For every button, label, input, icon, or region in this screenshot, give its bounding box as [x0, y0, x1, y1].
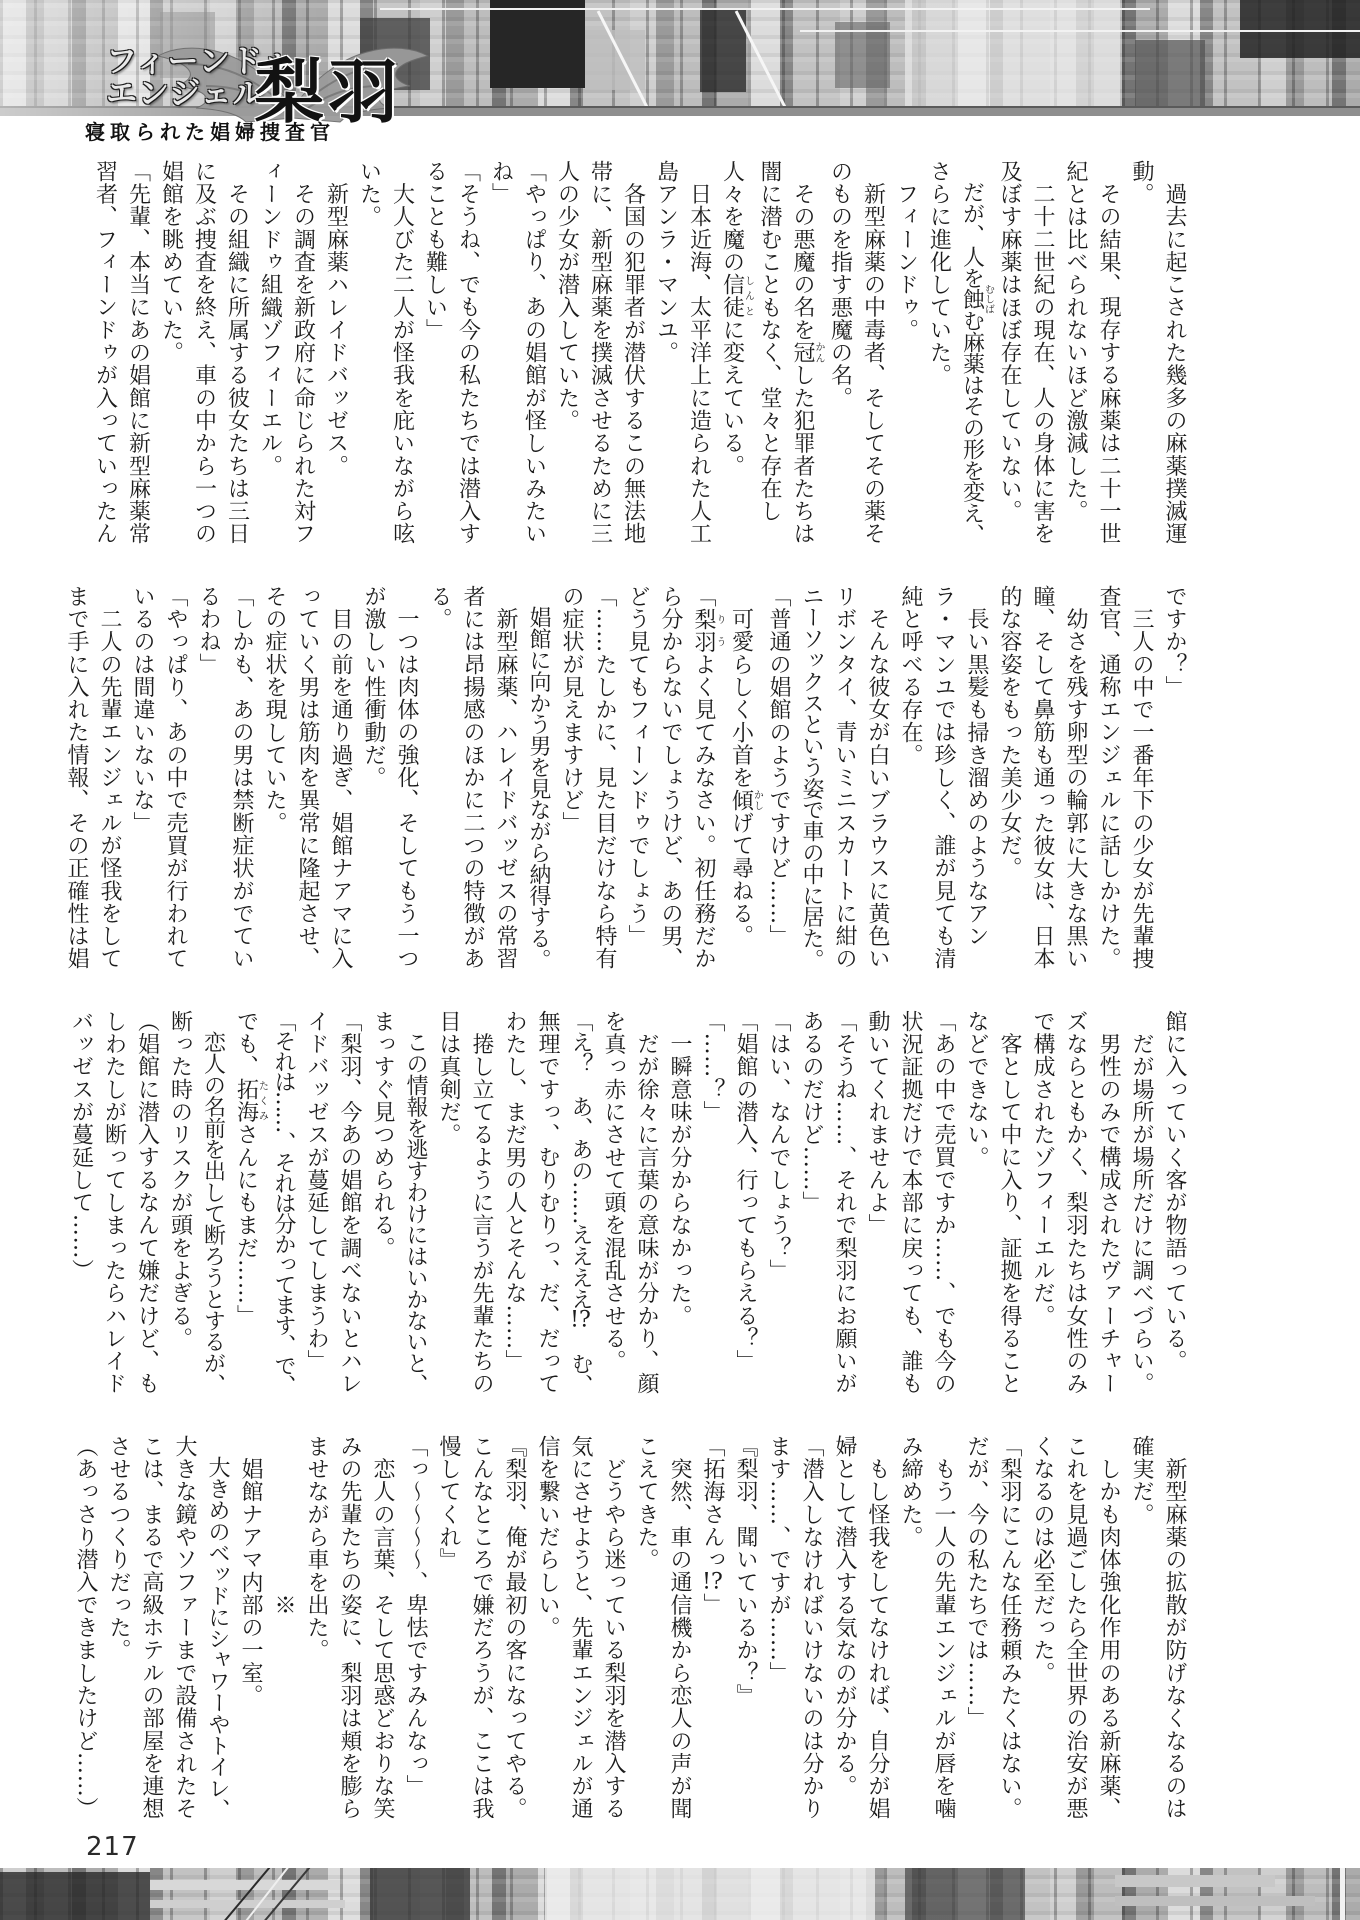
text-line: 人の少女が潜入していた。: [551, 160, 584, 545]
text-line: 「梨羽にこんな任務頼みたくはない。: [993, 1435, 1026, 1820]
text-line: 「え？ あ、あの……ええええ!? む、: [564, 1010, 597, 1395]
text-line: リボンタイ、青いミニスカートに紺の: [828, 585, 861, 970]
text-line: 娼館を眺めていた。: [155, 160, 188, 545]
text-line: 「梨羽、今あの娼館を調べないとハレ: [333, 1010, 366, 1395]
text-line: まで手に入れた情報、その正確性は娼: [60, 585, 93, 970]
book-page: フィーンドゥ エンジェル 梨羽 寝取られた娼婦捜査官 過去に起こされた幾多の麻薬…: [0, 0, 1360, 1920]
text-line: 「あの中で売買ですか……、でも今の: [927, 1010, 960, 1395]
text-line: 新型麻薬の拡散が防げなくなるのは: [1158, 1435, 1191, 1820]
collage-block: [0, 1872, 150, 1920]
text-band-2: ですか？」 三人の中で一番年下の少女が先輩捜査官、通称エンジェルに話しかけた。 …: [65, 585, 1191, 970]
text-line: ら分からないでしょうけど、あの男、: [654, 585, 687, 970]
text-line: 的な容姿をもった美少女だ。: [993, 585, 1026, 970]
collage-diagonal: [261, 1868, 311, 1920]
text-line: そんな彼女が白いブラウスに黄色い: [861, 585, 894, 970]
page-number: 217: [86, 1832, 139, 1862]
text-line: 気にさせようと、先輩エンジェルが通: [564, 1435, 597, 1820]
text-line: でも、拓海たくみさんにもまだ……」: [230, 1010, 268, 1395]
text-line: み締めた。: [894, 1435, 927, 1820]
text-line: 「しかも、あの男は禁断症状がでてい: [225, 585, 258, 970]
text-line: 各国の犯罪者が潜伏するこの無法地: [617, 160, 650, 545]
collage-block: [490, 0, 585, 88]
text-line: 目は真剣だ。: [432, 1010, 465, 1395]
text-line: 恋人の名前を出して断ろうとするが、: [197, 1010, 230, 1395]
text-line: などできない。: [960, 1010, 993, 1395]
logo-subtitle: 寝取られた娼婦捜査官: [85, 116, 335, 145]
text-line: が激しい性衝動だ。: [357, 585, 390, 970]
text-line: 島アンラ・マンユ。: [650, 160, 683, 545]
text-line: 恋人の言葉、そして思惑どおりな笑: [366, 1435, 399, 1820]
text-line: で構成されたゾフィーエルだ。: [1026, 1010, 1059, 1395]
text-line: 「拓海さんっ!?」: [696, 1435, 729, 1820]
text-line: どう見てもフィーンドゥでしょう」: [621, 585, 654, 970]
text-line: 男性のみで構成されたヴァーチャー: [1092, 1010, 1125, 1395]
text-line: 「やっぱり、あの娼館が怪しいみたい: [518, 160, 551, 545]
text-line: 無理ですっ、むりむりっ、だ、だって: [531, 1010, 564, 1395]
text-line: 動。: [1125, 160, 1158, 545]
text-line: この情報を逃すわけにはいかないと、: [399, 1010, 432, 1395]
text-line: 新型麻薬の中毒者、そしてその薬そ: [857, 160, 890, 545]
text-line: これを見過ごしたら全世界の治安が悪: [1059, 1435, 1092, 1820]
text-line: 「先輩、本当にあの娼館に新型麻薬常: [122, 160, 155, 545]
text-line: 「潜入しなければいけないのは分かり: [795, 1435, 828, 1820]
text-line: 過去に起こされた幾多の麻薬撲滅運: [1158, 160, 1191, 545]
text-line: 帯に、新型麻薬を撲滅させるために三: [584, 160, 617, 545]
text-line: その組織に所属する彼女たちは三日: [221, 160, 254, 545]
text-line: る。: [423, 585, 456, 970]
text-line: ませながら車を出た。: [300, 1435, 333, 1820]
text-line: しわたしが断ってしまったらハレイド: [98, 1010, 131, 1395]
text-band-1: 過去に起こされた幾多の麻薬撲滅運動。 その結果、現存する麻薬は二十一世紀とは比べ…: [65, 160, 1191, 545]
text-line: 幼さを残す卵型の輪郭に大きな黒い: [1059, 585, 1092, 970]
text-line: 「はい、なんでしょう？」: [762, 1010, 795, 1395]
collage-block: [370, 1868, 470, 1920]
collage-block: [150, 1900, 345, 1908]
text-line: その結果、現存する麻薬は二十一世: [1092, 160, 1125, 545]
text-line: 査官、通称エンジェルに話しかけた。: [1092, 585, 1125, 970]
text-line: 及ぼす麻薬はほぼ存在していない。: [993, 160, 1026, 545]
text-line: だが、人を蝕むしばむ麻薬はその形を変え、: [956, 160, 994, 545]
text-line: 「梨羽りうよく見てみなさい。初任務だか: [687, 585, 725, 970]
text-line: バッゼスが蔓延して……）: [65, 1010, 98, 1395]
text-line: 一瞬意味が分からなかった。: [663, 1010, 696, 1395]
text-line: 「……？」: [696, 1010, 729, 1395]
collage-diagonal: [242, 1868, 290, 1920]
text-line: 『梨羽、俺が最初の客になってやる。: [498, 1435, 531, 1820]
text-line: 『梨羽、聞いているか？』: [729, 1435, 762, 1820]
text-line: その症状を現していた。: [258, 585, 291, 970]
text-line: まっすぐ見つめられる。: [366, 1010, 399, 1395]
text-line: 一つは肉体の強化、そしてもう一つ: [390, 585, 423, 970]
text-line: 人々を魔の信徒しんとに変えている。: [716, 160, 754, 545]
text-line: 瞳、そして鼻筋も通った彼女は、日本: [1026, 585, 1059, 970]
text-line: ※: [267, 1435, 300, 1820]
text-line: 目の前を通り過ぎ、娼館ナアマに入: [324, 585, 357, 970]
series-logo: フィーンドゥ エンジェル 梨羽 寝取られた娼婦捜査官: [60, 10, 480, 138]
text-line: もう一人の先輩エンジェルが唇を噛: [927, 1435, 960, 1820]
text-line: 二人の先輩エンジェルが怪我をして: [93, 585, 126, 970]
text-line: ね」: [485, 160, 518, 545]
text-line: こんなところで嫌だろうが、ここは我: [465, 1435, 498, 1820]
text-line: 断った時のリスクが頭をよぎる。: [164, 1010, 197, 1395]
collage-line: [380, 8, 1150, 10]
text-line: 娼館ナアマ内部の一室。: [234, 1435, 267, 1820]
text-line: あるのだけど……」: [795, 1010, 828, 1395]
text-line: こは、まるで高級ホテルの部屋を連想: [135, 1435, 168, 1820]
text-line: 者には昂揚感のほかに二つの特徴があ: [456, 585, 489, 970]
text-line: 純と呼べる存在。: [894, 585, 927, 970]
text-line: 「っ～～～～、卑怯ですみんなっ」: [399, 1435, 432, 1820]
text-line: 紀とは比べられないほど激減した。: [1059, 160, 1092, 545]
text-band-3: 館に入っていく客が物語っている。 だが場所が場所だけに調べづらい。 男性のみで構…: [65, 1010, 1191, 1395]
footer-collage-art: [0, 1868, 1360, 1920]
collage-block: [1240, 0, 1360, 58]
text-line: 二十二世紀の現在、人の身体に害を: [1026, 160, 1059, 545]
text-line: だが徐々に言葉の意味が分かり、顔: [630, 1010, 663, 1395]
collage-block: [1135, 40, 1205, 110]
text-line: どうやら迷っている梨羽を潜入する: [597, 1435, 630, 1820]
text-line: 動いてくれませんよ」: [861, 1010, 894, 1395]
text-line: に及ぶ捜査を終え、車の中から一つの: [188, 160, 221, 545]
text-line: 「娼館の潜入、行ってもらえる？」: [729, 1010, 762, 1395]
text-line: 日本近海、太平洋上に造られた人工: [683, 160, 716, 545]
text-line: その調査を新政府に命じられた対フ: [287, 160, 320, 545]
text-line: っていく男は筋肉を異常に隆起させ、: [291, 585, 324, 970]
text-line: 突然、車の通信機から恋人の声が聞: [663, 1435, 696, 1820]
collage-block: [585, 30, 645, 90]
text-line: さらに進化していた。: [923, 160, 956, 545]
text-line: しかも肉体強化作用のある新麻薬、: [1092, 1435, 1125, 1820]
text-line: 館に入っていく客が物語っている。: [1158, 1010, 1191, 1395]
text-line: 可愛らしく小首を傾かしげて尋ねる。: [725, 585, 763, 970]
text-line: 捲し立てるように言うが先輩たちの: [465, 1010, 498, 1395]
text-line: ですか？」: [1158, 585, 1191, 970]
text-line: （娼館に潜入するなんて嫌だけど、も: [131, 1010, 164, 1395]
text-line: 大人びた二人が怪我を庇いながら呟: [386, 160, 419, 545]
text-line: 大きな鏡やソファーまで設備されたそ: [168, 1435, 201, 1820]
text-line: 状況証拠だけで本部に戻っても、誰も: [894, 1010, 927, 1395]
collage-diagonal: [221, 1868, 271, 1920]
collage-block: [1115, 1896, 1315, 1906]
text-line: の症状が見えますけど」: [555, 585, 588, 970]
text-line: 三人の中で一番年下の少女が先輩捜: [1125, 585, 1158, 970]
text-line: もし怪我をしてなければ、自分が娼: [861, 1435, 894, 1820]
text-line: 大きめのベッドにシャワーやトイレ、: [201, 1435, 234, 1820]
text-line: 長い黒髪も掃き溜めのようなアン: [960, 585, 993, 970]
text-line: その悪魔の名を冠かんした犯罪者たちは: [786, 160, 824, 545]
text-line: フィーンドゥ。: [890, 160, 923, 545]
text-line: 「やっぱり、あの中で売買が行われて: [159, 585, 192, 970]
text-line: だが場所が場所だけに調べづらい。: [1125, 1010, 1158, 1395]
text-line: 習者、フィーンドゥが入っていったん: [89, 160, 122, 545]
text-line: 「それは……、それは分かってます、で、: [267, 1010, 300, 1395]
text-line: ます……、ですが……」: [762, 1435, 795, 1820]
text-line: 「そうね……、それで梨羽にお願いが: [828, 1010, 861, 1395]
collage-line: [800, 30, 1360, 32]
text-line: ズならともかく、梨羽たちは女性のみ: [1059, 1010, 1092, 1395]
text-line: くなるのは必至だった。: [1026, 1435, 1059, 1820]
text-band-4: 新型麻薬の拡散が防げなくなるのは確実だ。 しかも肉体強化作用のある新麻薬、これを…: [65, 1435, 1191, 1820]
text-line: ラ・マンユでは珍しく、誰が見ても清: [927, 585, 960, 970]
text-line: 慢してくれ』: [432, 1435, 465, 1820]
text-line: を真っ赤にさせて頭を混乱させる。: [597, 1010, 630, 1395]
collage-block: [1115, 1875, 1275, 1887]
text-line: だが、今の私たちでは……」: [960, 1435, 993, 1820]
text-line: ィーンドゥ組織ゾフィーエル。: [254, 160, 287, 545]
collage-block: [905, 1868, 1025, 1920]
text-line: ニーソックスという姿で車の中に居た。: [795, 585, 828, 970]
collage-block: [150, 1880, 340, 1890]
text-line: 客として中に入り、証拠を得ること: [993, 1010, 1026, 1395]
text-line: ることも難しい」: [419, 160, 452, 545]
text-line: 「そうね、でも今の私たちでは潜入す: [452, 160, 485, 545]
text-line: 娼館に向かう男を見ながら納得する。: [522, 585, 555, 970]
text-line: 新型麻薬、ハレイドバッゼスの常習: [489, 585, 522, 970]
text-line: させるつくりだった。: [102, 1435, 135, 1820]
text-line: わたし、まだ男の人とそんな……」: [498, 1010, 531, 1395]
text-line: こえてきた。: [630, 1435, 663, 1820]
collage-block: [545, 1868, 875, 1920]
text-line: いるのは間違いないな」: [126, 585, 159, 970]
text-line: 新型麻薬ハレイドバッゼス。: [320, 160, 353, 545]
text-line: 信を繋いだらしい。: [531, 1435, 564, 1820]
text-line: みの先輩たちの姿に、梨羽は頬を膨ら: [333, 1435, 366, 1820]
text-line: 闇に潜むこともなく、堂々と存在し: [753, 160, 786, 545]
text-line: のものを指す悪魔の名。: [824, 160, 857, 545]
collage-block: [1340, 1868, 1345, 1920]
text-line: るわね」: [192, 585, 225, 970]
text-line: 確実だ。: [1125, 1435, 1158, 1820]
text-line: いた。: [353, 160, 386, 545]
text-line: イドバッゼスが蔓延してしまうわ」: [300, 1010, 333, 1395]
text-line: 婦として潜入する気なのが分かる。: [828, 1435, 861, 1820]
collage-block: [905, 0, 1120, 112]
text-line: 「……たしかに、見た目だけなら特有: [588, 585, 621, 970]
text-line: 「普通の娼館のようですけど……」: [762, 585, 795, 970]
text-line: （あっさり潜入できましたけど……）: [69, 1435, 102, 1820]
